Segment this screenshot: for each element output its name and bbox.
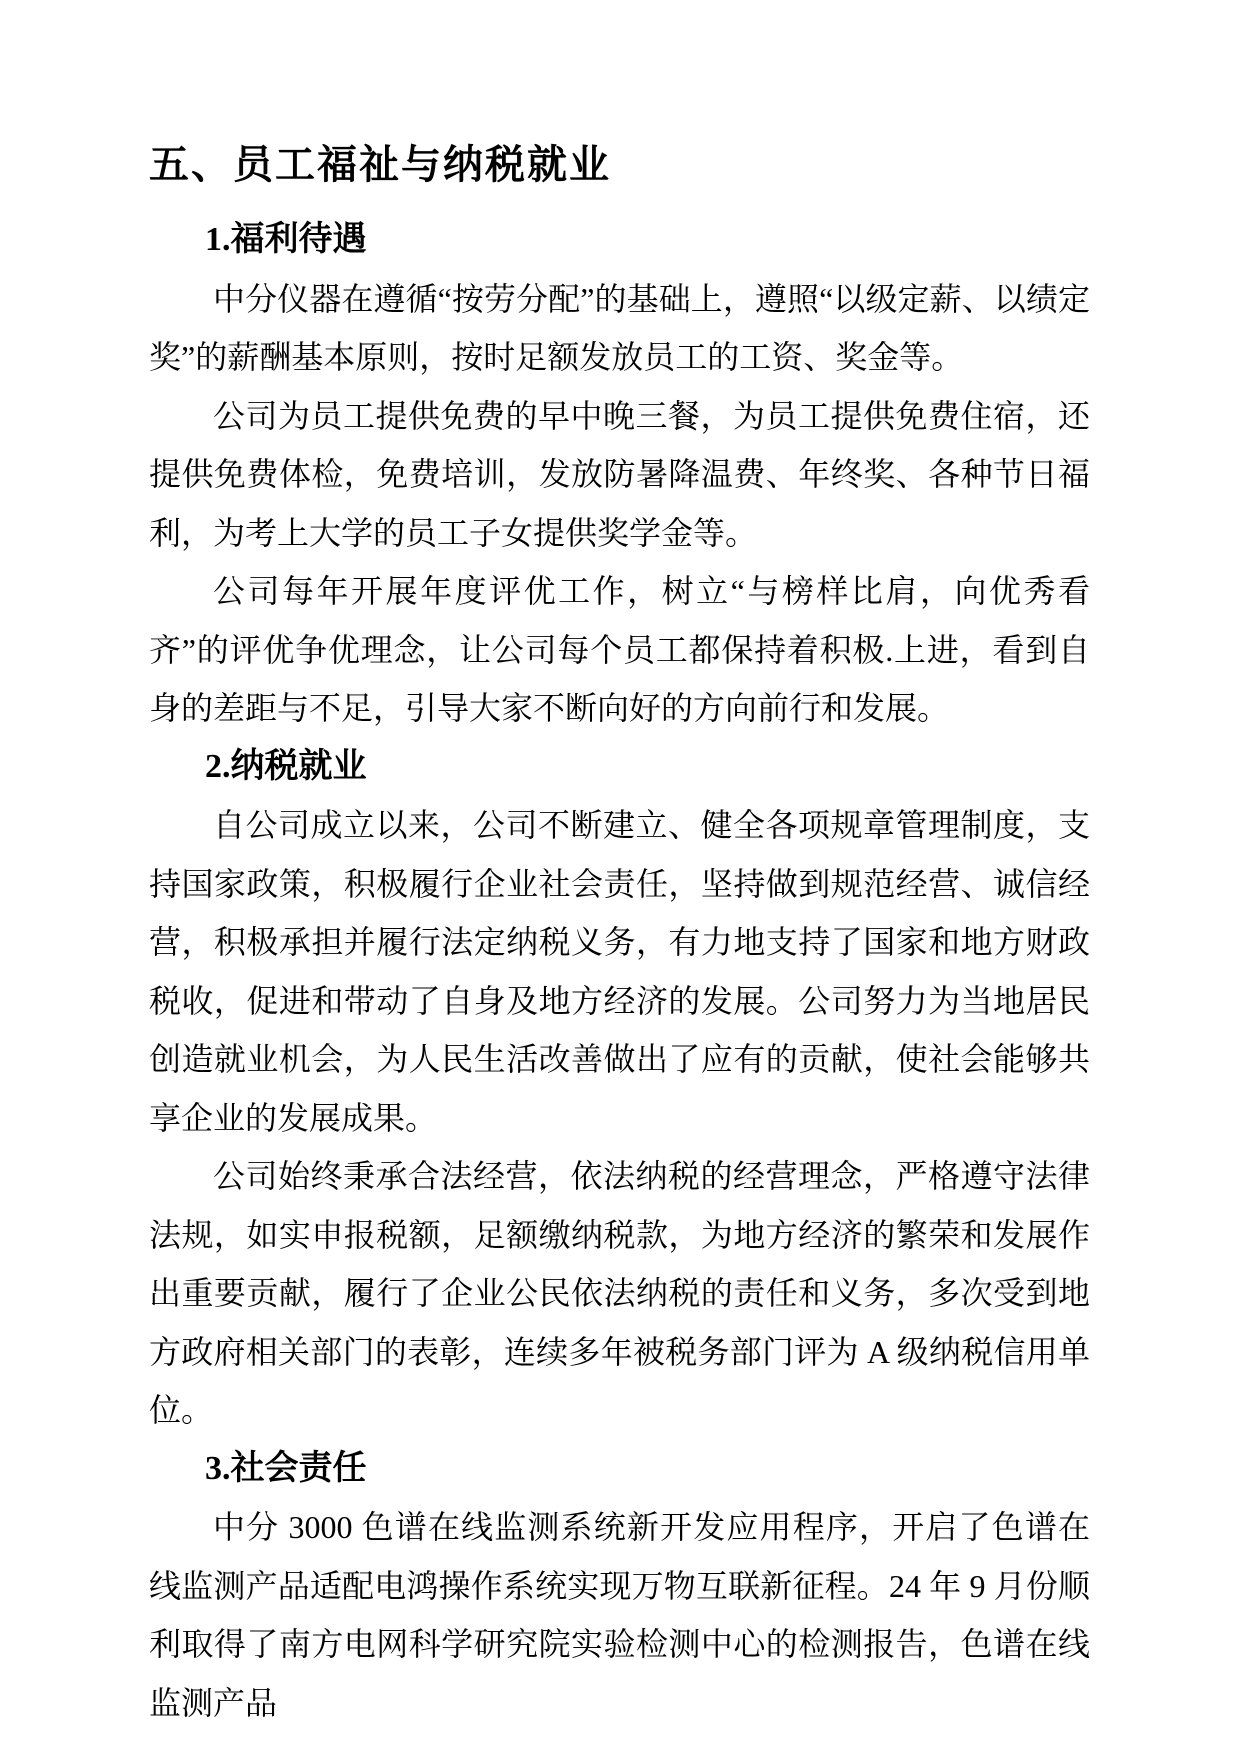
paragraph: 中分 3000 色谱在线监测系统新开发应用程序，开启了色谱在线监测产品适配电鸿操… bbox=[149, 1498, 1090, 1732]
paragraph: 公司始终秉承合法经营，依法纳税的经营理念，严格遵守法律法规，如实申报税额，足额缴… bbox=[149, 1147, 1090, 1440]
subheading-social-responsibility: 3.社会责任 bbox=[149, 1440, 1090, 1499]
paragraph: 中分仪器在遵循“按劳分配”的基础上，遵照“以级定薪、以绩定奖”的薪酬基本原则，按… bbox=[149, 270, 1090, 387]
subheading-welfare: 1.福利待遇 bbox=[149, 211, 1090, 270]
chapter-heading: 五、员工福祉与纳税就业 bbox=[149, 140, 1090, 190]
section-social-responsibility: 3.社会责任 中分 3000 色谱在线监测系统新开发应用程序，开启了色谱在线监测… bbox=[149, 1440, 1090, 1733]
paragraph: 公司为员工提供免费的早中晚三餐，为员工提供免费住宿，还提供免费体检，免费培训，发… bbox=[149, 387, 1090, 563]
section-tax-employment: 2.纳税就业 自公司成立以来，公司不断建立、健全各项规章管理制度，支持国家政策，… bbox=[149, 738, 1090, 1440]
section-welfare: 1.福利待遇 中分仪器在遵循“按劳分配”的基础上，遵照“以级定薪、以绩定奖”的薪… bbox=[149, 211, 1090, 738]
document-page: 五、员工福祉与纳税就业 1.福利待遇 中分仪器在遵循“按劳分配”的基础上，遵照“… bbox=[0, 0, 1241, 1754]
subheading-tax-employment: 2.纳税就业 bbox=[149, 738, 1090, 797]
paragraph: 公司每年开展年度评优工作，树立“与榜样比肩，向优秀看齐”的评优争优理念，让公司每… bbox=[149, 562, 1090, 738]
paragraph: 自公司成立以来，公司不断建立、健全各项规章管理制度，支持国家政策，积极履行企业社… bbox=[149, 796, 1090, 1147]
